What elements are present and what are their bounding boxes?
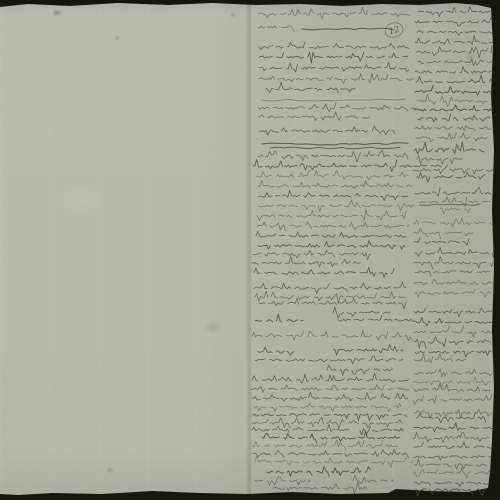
ink-layer: 12 — [0, 0, 500, 500]
manuscript-photo: 12 — [0, 0, 500, 500]
